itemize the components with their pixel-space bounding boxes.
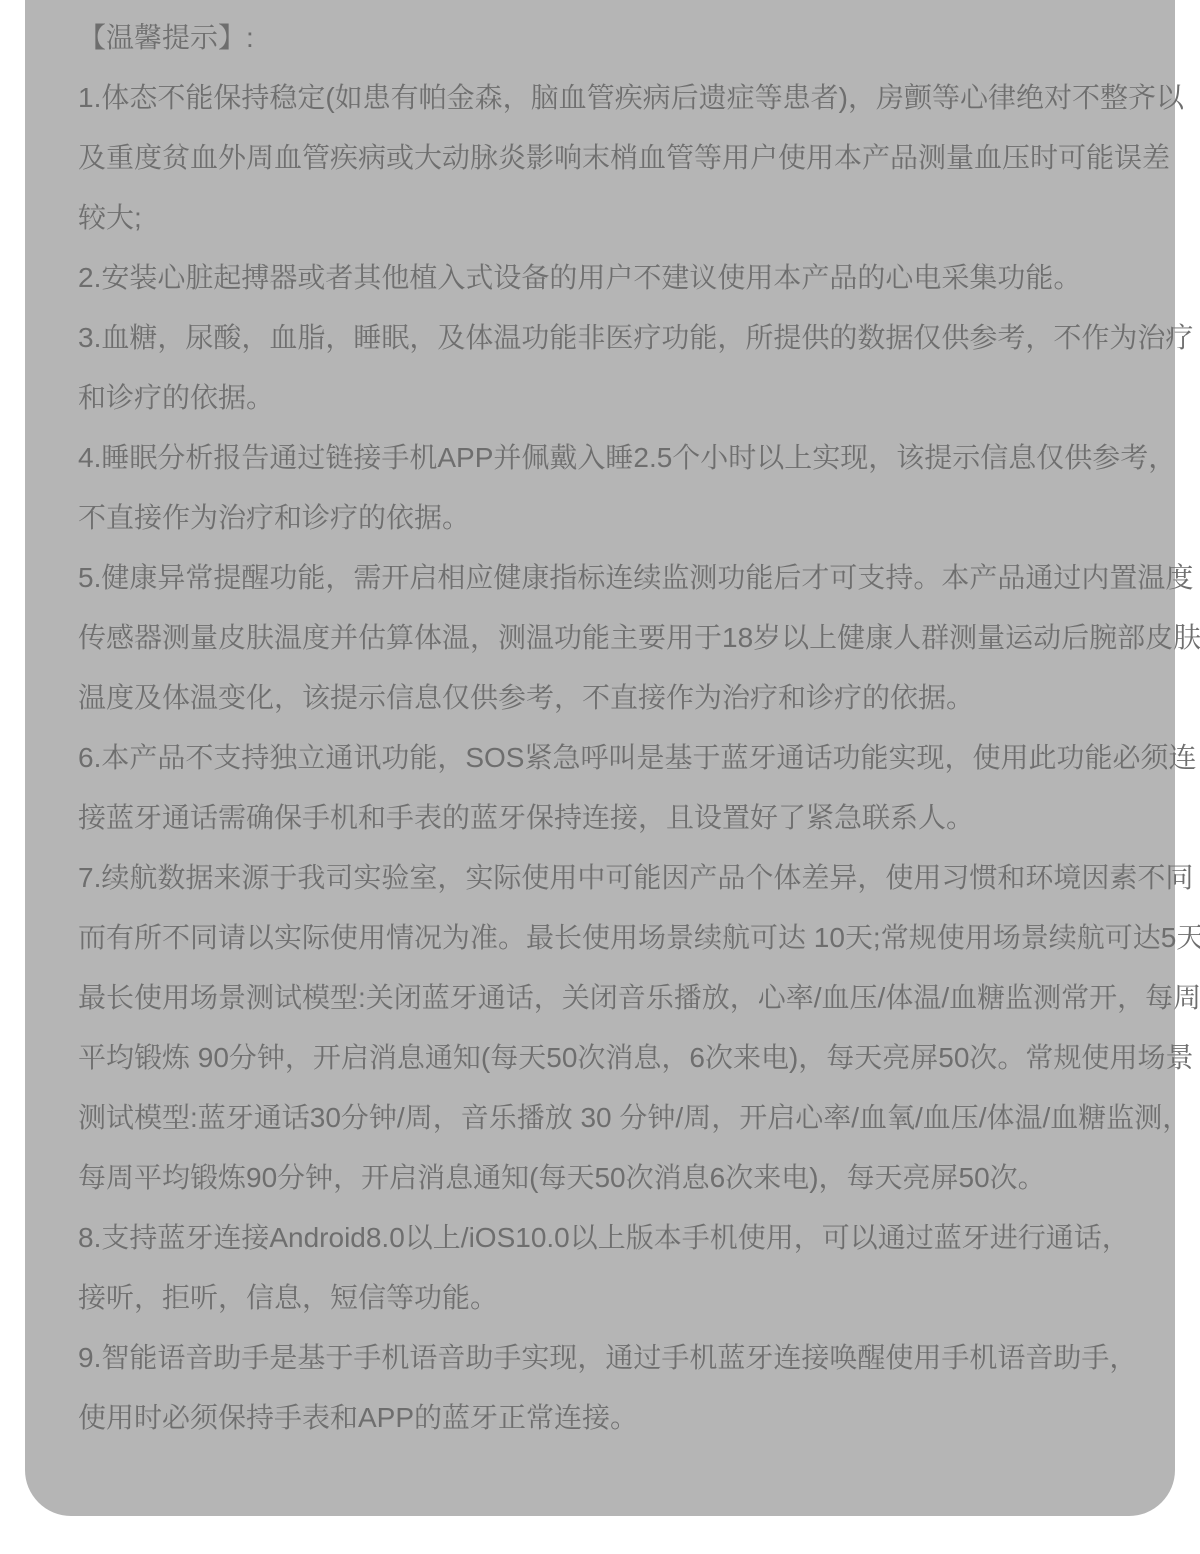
notice-line-19: 每周平均锻炼90分钟，开启消息通知(每天50次消息6次来电)，每天亮屏50次。	[78, 1148, 1167, 1208]
notice-line-9: 5.健康异常提醒功能，需开启相应健康指标连续监测功能后才可支持。本产品通过内置温…	[78, 548, 1167, 608]
notice-line-10: 传感器测量皮肤温度并估算体温，测温功能主要用于18岁以上健康人群测量运动后腕部皮…	[78, 608, 1167, 668]
notice-line-18: 测试模型:蓝牙通话30分钟/周，音乐播放 30 分钟/周，开启心率/血氧/血压/…	[78, 1088, 1167, 1148]
notice-line-8: 不直接作为治疗和诊疗的依据。	[78, 488, 1167, 548]
notice-line-5: 3.血糖，尿酸，血脂，睡眠，及体温功能非医疗功能，所提供的数据仅供参考，不作为治…	[78, 308, 1167, 368]
notice-line-13: 接蓝牙通话需确保手机和手表的蓝牙保持连接，且设置好了紧急联系人。	[78, 788, 1167, 848]
notice-line-17: 平均锻炼 90分钟，开启消息通知(每天50次消息，6次来电)，每天亮屏50次。常…	[78, 1028, 1167, 1088]
notice-line-12: 6.本产品不支持独立通讯功能，SOS紧急呼叫是基于蓝牙通话功能实现，使用此功能必…	[78, 728, 1167, 788]
notice-line-22: 9.智能语音助手是基于手机语音助手实现，通过手机蓝牙连接唤醒使用手机语音助手，	[78, 1328, 1167, 1388]
notice-line-16: 最长使用场景测试模型:关闭蓝牙通话，关闭音乐播放，心率/血压/体温/血糖监测常开…	[78, 968, 1167, 1028]
notice-line-23: 使用时必须保持手表和APP的蓝牙正常连接。	[78, 1388, 1167, 1448]
product-notice-page: 【温馨提示】: 1.体态不能保持稳定(如患有帕金森，脑血管疾病后遗症等患者)，房…	[0, 0, 1200, 1554]
notice-panel: 【温馨提示】: 1.体态不能保持稳定(如患有帕金森，脑血管疾病后遗症等患者)，房…	[25, 0, 1175, 1516]
notice-line-21: 接听，拒听，信息，短信等功能。	[78, 1268, 1167, 1328]
notice-line-15: 而有所不同请以实际使用情况为准。最长使用场景续航可达 10天;常规使用场景续航可…	[78, 908, 1167, 968]
notice-line-1: 1.体态不能保持稳定(如患有帕金森，脑血管疾病后遗症等患者)，房颤等心律绝对不整…	[78, 68, 1167, 128]
notice-line-11: 温度及体温变化，该提示信息仅供参考，不直接作为治疗和诊疗的依据。	[78, 668, 1167, 728]
notice-line-6: 和诊疗的依据。	[78, 368, 1167, 428]
notice-line-7: 4.睡眠分析报告通过链接手机APP并佩戴入睡2.5个小时以上实现，该提示信息仅供…	[78, 428, 1167, 488]
notice-line-2: 及重度贫血外周血管疾病或大动脉炎影响末梢血管等用户使用本产品测量血压时可能误差	[78, 128, 1167, 188]
notice-line-4: 2.安装心脏起搏器或者其他植入式设备的用户不建议使用本产品的心电采集功能。	[78, 248, 1167, 308]
notice-content: 【温馨提示】: 1.体态不能保持稳定(如患有帕金森，脑血管疾病后遗症等患者)，房…	[25, 0, 1175, 1448]
notice-line-3: 较大;	[78, 188, 1167, 248]
notice-line-20: 8.支持蓝牙连接Android8.0以上/iOS10.0以上版本手机使用，可以通…	[78, 1208, 1167, 1268]
notice-line-14: 7.续航数据来源于我司实验室，实际使用中可能因产品个体差异，使用习惯和环境因素不…	[78, 848, 1167, 908]
notice-title: 【温馨提示】:	[78, 8, 1167, 68]
